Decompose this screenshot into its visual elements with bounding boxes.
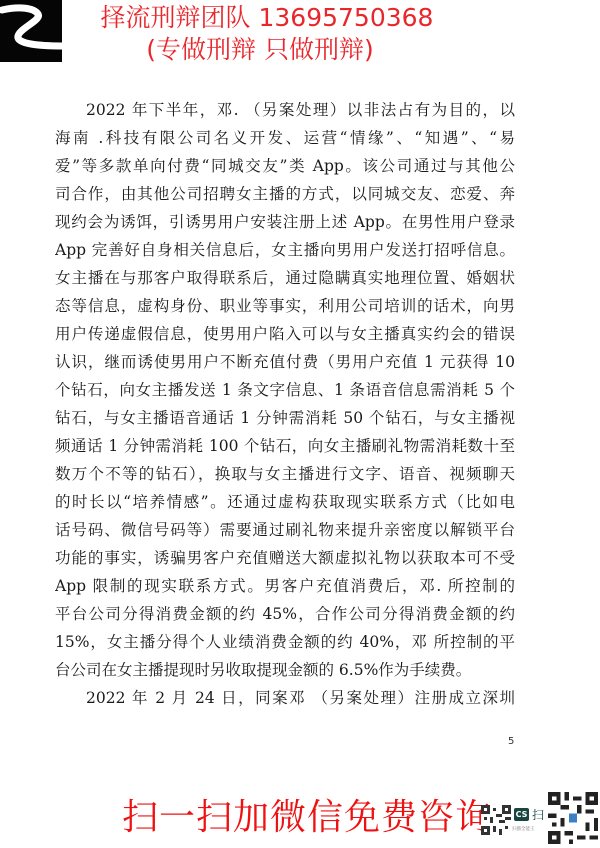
text-line: 用户传递虚假信息，使男用户陷入可以与女主播真实约会的错误 bbox=[55, 320, 515, 348]
wechat-consult-cta: 扫一扫加微信免费咨询 bbox=[122, 796, 492, 840]
text-line: 认识，继而诱使男用户不断充值付费（男用户充值 1 元获得 10 bbox=[55, 348, 515, 376]
document-body: 2022 年下半年，邓. （另案处理）以非法占有为目的，以 海南 .科技有限公司… bbox=[55, 96, 515, 712]
text-line: 的时长以“培养情感”。还通过虚构获取现实联系方式（比如电 bbox=[55, 488, 515, 516]
header-tagline: (专做刑辩 只做刑辩) bbox=[0, 34, 560, 66]
text-line: 个钻石，向女主播发送 1 条文字信息、1 条语音信息需消耗 5 个 bbox=[55, 376, 515, 404]
text-line: App 完善好自身相关信息后，女主播向男用户发送打招呼信息。 bbox=[55, 236, 515, 264]
text-line: 态等信息，虚构身份、职业等事实，利用公司培训的话术，向男 bbox=[55, 292, 515, 320]
text-line: 话号码、微信号码等）需要通过刷礼物来提升亲密度以解锁平台 bbox=[55, 516, 515, 544]
text-line: 2022 年 2 月 24 日，同案邓 （另案处理）注册成立深圳 bbox=[55, 684, 515, 712]
text-line: 现约会为诱饵，引诱男用户安装注册上述 App。在男性用户登录 bbox=[55, 208, 515, 236]
text-line: 海南 .科技有限公司名义开发、运营“情缘”、“知遇”、“易 bbox=[55, 124, 515, 152]
text-line: 数万个不等的钻石），换取与女主播进行文字、语音、视频聊天 bbox=[55, 460, 515, 488]
text-line: 台公司在女主播提现时另收取提现金额的 6.5%作为手续费。 bbox=[55, 656, 515, 684]
text-line: 15%，女主播分得个人业绩消费金额的约 40%，邓 所控制的平 bbox=[55, 628, 515, 656]
qr-code-with-avatar-icon[interactable] bbox=[548, 792, 598, 844]
camscanner-scan-char: 扫 bbox=[532, 806, 544, 823]
camscanner-logo: CS bbox=[514, 808, 529, 821]
text-line: 爱”等多款单向付费“同城交友”类 App。该公司通过与其他公 bbox=[55, 152, 515, 180]
page-number: 5 bbox=[508, 736, 514, 747]
text-line: 钻石，与女主播语音通话 1 分钟需消耗 50 个钻石，与女主播视 bbox=[55, 404, 515, 432]
header-firm-phone: 择流刑辩团队 13695750368 bbox=[0, 3, 567, 33]
text-line: 女主播在与那客户取得联系后，通过隐瞒真实地理位置、婚姻状 bbox=[55, 264, 515, 292]
qr-code-icon[interactable] bbox=[481, 805, 511, 835]
camscanner-subtitle: 扫描全能王 bbox=[512, 826, 535, 832]
text-line: 2022 年下半年，邓. （另案处理）以非法占有为目的，以 bbox=[55, 96, 515, 124]
text-line: App 限制的现实联系方式。男客户充值消费后，邓. 所控制的 bbox=[55, 572, 515, 600]
text-line: 平台公司分得消费金额的约 45%，合作公司分得消费金额的约 bbox=[55, 600, 515, 628]
text-line: 司合作，由其他公司招聘女主播的方式，以同城交友、恋爱、奔 bbox=[55, 180, 515, 208]
text-line: 频通话 1 分钟需消耗 100 个钻石，向女主播刷礼物需消耗数十至 bbox=[55, 432, 515, 460]
text-line: 功能的事实，诱骗男客户充值赠送大额虚拟礼物以获取本可不受 bbox=[55, 544, 515, 572]
